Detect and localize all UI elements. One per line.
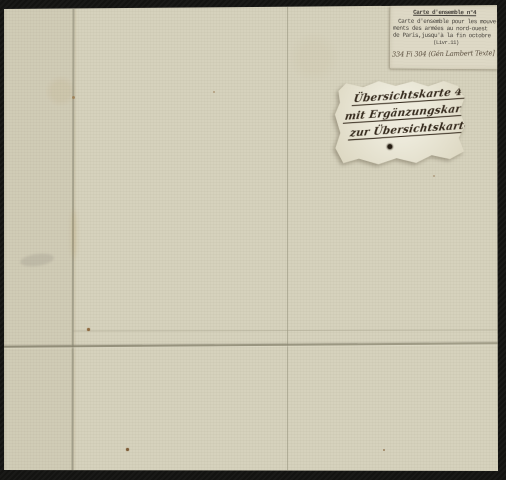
foxing-spot: [126, 448, 129, 451]
foxing-spot: [433, 175, 435, 177]
foxing-spot: [72, 96, 75, 99]
foxing-spot: [213, 91, 215, 93]
pasted-note: Übersichtskarte 4. mit Ergänzungskarte z…: [334, 79, 465, 165]
document-paper: Carte d'ensemble n°4 Carte d'ensemble po…: [0, 0, 506, 480]
horizontal-fold-line-main: [4, 342, 498, 347]
catalog-title: Carte d'ensemble n°4: [390, 9, 499, 17]
foxing-spot: [87, 328, 90, 331]
catalog-label: Carte d'ensemble n°4 Carte d'ensemble po…: [390, 6, 499, 70]
horizontal-fold-line-faint: [72, 329, 498, 331]
scanner-background: { "document": { "kind": "scanned map ver…: [0, 0, 506, 480]
fold-stain: [71, 210, 77, 258]
pasted-note-wrapper: Übersichtskarte 4. mit Ergänzungskarte z…: [334, 79, 465, 165]
catalog-body: Carte d'ensemble pour les mouve- ments d…: [390, 18, 499, 47]
left-fold-panel-tint: [4, 9, 72, 470]
ink-dot: [387, 144, 392, 149]
vertical-fold-line-center: [287, 7, 288, 470]
catalog-line: (Livr.11): [390, 39, 499, 47]
pasted-note-text: Übersichtskarte 4. mit Ergänzungskarte z…: [339, 84, 463, 152]
foxing-spot: [383, 449, 385, 451]
archive-reference-handwritten: 334 Fi 304 (Gén Lambert Texte]: [392, 50, 492, 58]
